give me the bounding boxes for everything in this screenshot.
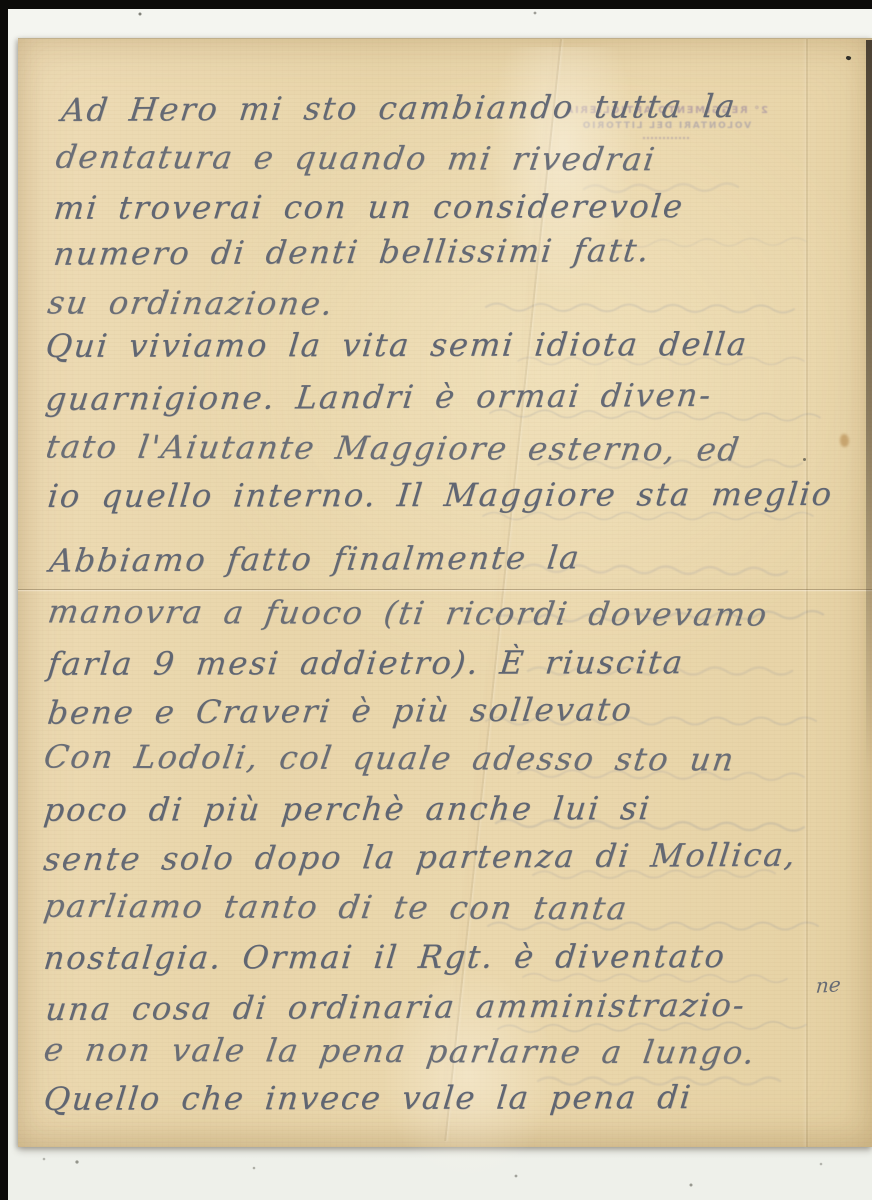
letter-line-15: poco di più perchè anche lui si — [42, 789, 653, 829]
letter-line-1: Ad Hero mi sto cambiando tutta la — [60, 87, 739, 129]
letter-line-21: Quello che invece vale la pena di — [42, 1078, 694, 1118]
letter-line-7: guarnigione. Landri è ormai diven- — [44, 376, 715, 418]
letter-line-17: parliamo tanto di te con tanta — [41, 887, 630, 928]
paper-right-edge-shadow — [866, 40, 872, 900]
letter-line-11: manovra a fuoco (ti ricordi dovevamo — [45, 592, 770, 633]
scan-frame-top — [0, 0, 872, 9]
letter-line-4: numero di denti bellissimi fatt. — [52, 231, 653, 273]
letter-paper: 2° REGGIMENTO ARTIGLIERIA VOLONTARI DEL … — [18, 38, 872, 1147]
letter-line-20: e non vale la pena parlarne a lungo. — [41, 1030, 758, 1071]
letter-line-10: Abbiamo fatto finalmente la — [48, 538, 583, 579]
letter-line-19: una cosa di ordinaria amministrazio- — [44, 986, 749, 1028]
letter-line-8: tato l'Aiutante Maggiore esterno, ed — [43, 427, 743, 468]
letter-line-2: dentatura e quando mi rivedrai — [53, 138, 658, 179]
letter-line-5: su ordinazione. — [45, 283, 337, 322]
letter-line-3: mi troverai con un considerevole — [52, 187, 686, 227]
letter-line-9: io quello interno. Il Maggiore sta megli… — [46, 475, 835, 515]
letter-line-16: sente solo dopo la partenza di Mollica, — [42, 836, 800, 879]
fox-stain-spot — [840, 434, 849, 447]
letter-line-14: Con Lodoli, col quale adesso sto un — [41, 737, 738, 778]
letter-line-19-insertion: ne — [815, 972, 842, 998]
letter-line-18: nostalgia. Ormai il Rgt. è diventato — [42, 937, 728, 977]
letter-line-13: bene e Craveri è più sollevato — [46, 690, 636, 732]
scanned-letter-page: 2° REGGIMENTO ARTIGLIERIA VOLONTARI DEL … — [0, 0, 872, 1200]
letter-body: Ad Hero mi sto cambiando tutta la dentat… — [18, 39, 872, 1147]
scan-frame-left — [0, 0, 8, 1200]
letter-line-6: Qui viviamo la vita semi idiota della — [44, 325, 750, 365]
ink-dot — [803, 458, 806, 461]
letter-line-12: farla 9 mesi addietro). È riuscita — [46, 643, 686, 683]
